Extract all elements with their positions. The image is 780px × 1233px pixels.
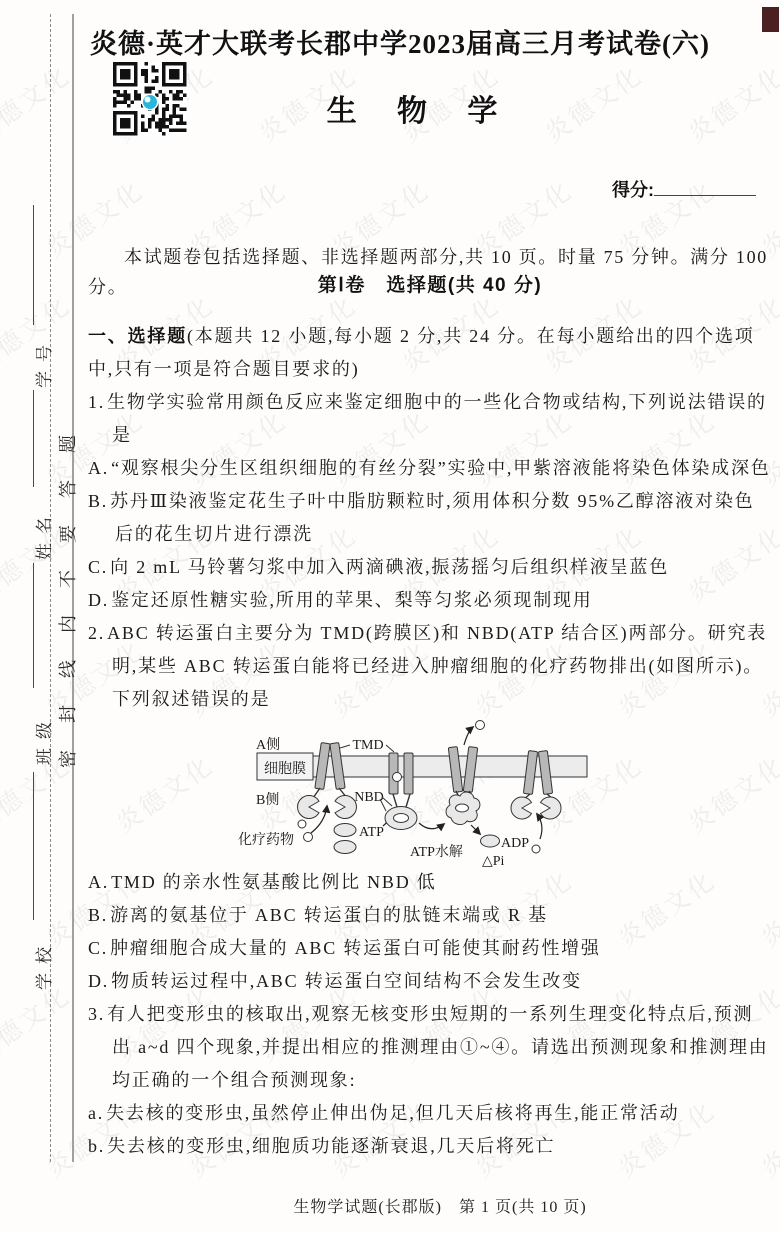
score-blank-line bbox=[654, 178, 756, 196]
figure-label-pi: △Pi bbox=[482, 854, 505, 868]
page-footer: 生物学试题(长郡版) 第 1 页(共 10 页) bbox=[100, 1194, 780, 1217]
question-2-option-b: B.游离的氨基位于 ABC 转运蛋白的肽链末端或 R 基 bbox=[88, 899, 772, 932]
figure-label-side-a: A侧 bbox=[256, 737, 280, 753]
abc-transporter-figure: 细胞膜 A侧 B侧 TMD NBD bbox=[88, 716, 772, 866]
question-1-option-b: B.苏丹Ⅲ染液鉴定花生子叶中脂肪颗粒时,须用体积分数 95%乙醇溶液对染色后的花… bbox=[88, 485, 772, 551]
question-1-stem: 生物学实验常用颜色反应来鉴定细胞中的一些化合物或结构,下列说法错误的是 bbox=[107, 392, 767, 445]
section-heading: 第Ⅰ卷 选择题(共 40 分) bbox=[88, 270, 772, 297]
name-field-label: 姓名 bbox=[30, 498, 52, 560]
released-drug bbox=[476, 721, 485, 730]
list-header-title: 一、选择题 bbox=[88, 326, 187, 346]
figure-label-atp-hydrolysis: ATP水解 bbox=[410, 843, 463, 860]
figure-label-adp: ADP bbox=[501, 836, 529, 851]
question-1: 1.生物学实验常用颜色反应来鉴定细胞中的一些化合物或结构,下列说法错误的是 A.… bbox=[88, 386, 772, 617]
name-blank-line bbox=[33, 390, 34, 487]
question-1-option-a: A.“观察根尖分生区组织细胞的有丝分裂”实验中,甲紫溶液能将染色体染成深色 bbox=[88, 452, 772, 485]
question-2-option-d: D.物质转运过程中,ABC 转运蛋白空间结构不会发生改变 bbox=[88, 965, 772, 998]
figure-label-drug: 化疗药物 bbox=[238, 831, 294, 848]
watermark-text: 炎德文化 bbox=[0, 976, 77, 1070]
school-blank-line bbox=[33, 772, 34, 920]
question-1-option-c: C.向 2 mL 马铃薯匀浆中加入两滴碘液,振荡摇匀后组织样液呈蓝色 bbox=[88, 551, 772, 584]
seal-instruction-text: 密封线内不要答题 bbox=[54, 396, 78, 768]
question-3-item-a: a.失去核的变形虫,虽然停止伸出伪足,但几天后核将再生,能正常活动 bbox=[88, 1097, 772, 1130]
figure-label-side-b: B侧 bbox=[256, 792, 279, 808]
figure-label-nbd: NBD bbox=[354, 790, 384, 805]
score-row: 得分: bbox=[612, 176, 756, 202]
question-1-option-d: D.鉴定还原性糖实验,所用的苹果、梨等匀浆必须现制现用 bbox=[88, 584, 772, 617]
question-2-stem: ABC 转运蛋白主要分为 TMD(跨膜区)和 NBD(ATP 结合区)两部分。研… bbox=[107, 623, 767, 709]
question-3: 3.有人把变形虫的核取出,观察无核变形虫短期的一系列生理变化特点后,预测出 a~… bbox=[88, 998, 772, 1163]
transporter-diagram: 细胞膜 A侧 B侧 TMD NBD bbox=[179, 718, 599, 868]
list-header-note: (本题共 12 小题,每小题 2 分,共 24 分。在每小题给出的四个选项中,只… bbox=[88, 326, 755, 379]
nbd-lobe bbox=[541, 797, 562, 819]
school-field-label: 学校 bbox=[30, 928, 52, 990]
nbd-lobe bbox=[335, 796, 356, 819]
question-2-number: 2. bbox=[88, 623, 105, 643]
exam-paper-page: { "watermark": "炎德文化", "colors": { "qr_i… bbox=[0, 0, 780, 1233]
atp-molecule bbox=[334, 824, 356, 837]
figure-label-membrane: 细胞膜 bbox=[264, 761, 306, 777]
question-1-number: 1. bbox=[88, 392, 105, 412]
figure-label-tmd: TMD bbox=[352, 738, 383, 753]
student-id-blank-line bbox=[33, 205, 34, 325]
question-area: 一、选择题(本题共 12 小题,每小题 2 分,共 24 分。在每小题给出的四个… bbox=[88, 320, 772, 1163]
question-2-option-a: A.TMD 的亲水性氨基酸比例比 NBD 低 bbox=[88, 866, 772, 899]
subject-title: 生 物 学 bbox=[70, 86, 770, 130]
score-label: 得分: bbox=[612, 180, 654, 200]
exam-title: 炎德·英才大联考长郡中学2023届高三月考试卷(六) bbox=[50, 22, 750, 61]
phosphate bbox=[532, 845, 540, 853]
watermark-text: 炎德文化 bbox=[0, 56, 77, 150]
drug-in-channel bbox=[393, 773, 402, 782]
drug-molecule bbox=[304, 833, 313, 842]
adp-molecule bbox=[481, 835, 500, 847]
class-field-label: 班级 bbox=[30, 703, 52, 765]
figure-label-atp: ATP bbox=[359, 825, 384, 840]
question-3-item-b: b.失去核的变形虫,细胞质功能逐渐衰退,几天后将死亡 bbox=[88, 1130, 772, 1163]
nbd-lobe bbox=[511, 797, 532, 819]
corner-registration-mark bbox=[762, 7, 779, 32]
atp-molecule bbox=[334, 841, 356, 854]
question-3-stem: 有人把变形虫的核取出,观察无核变形虫短期的一系列生理变化特点后,预测出 a~d … bbox=[107, 1004, 768, 1090]
class-blank-line bbox=[33, 563, 34, 688]
drug-molecule bbox=[298, 820, 306, 828]
student-id-field-label: 学号 bbox=[30, 328, 52, 388]
list-header: 一、选择题(本题共 12 小题,每小题 2 分,共 24 分。在每小题给出的四个… bbox=[88, 320, 772, 386]
question-2: 2.ABC 转运蛋白主要分为 TMD(跨膜区)和 NBD(ATP 结合区)两部分… bbox=[88, 617, 772, 998]
question-2-option-c: C.肿瘤细胞合成大量的 ABC 转运蛋白可能使其耐药性增强 bbox=[88, 932, 772, 965]
question-3-number: 3. bbox=[88, 1004, 105, 1024]
nbd-lobe bbox=[298, 796, 319, 819]
